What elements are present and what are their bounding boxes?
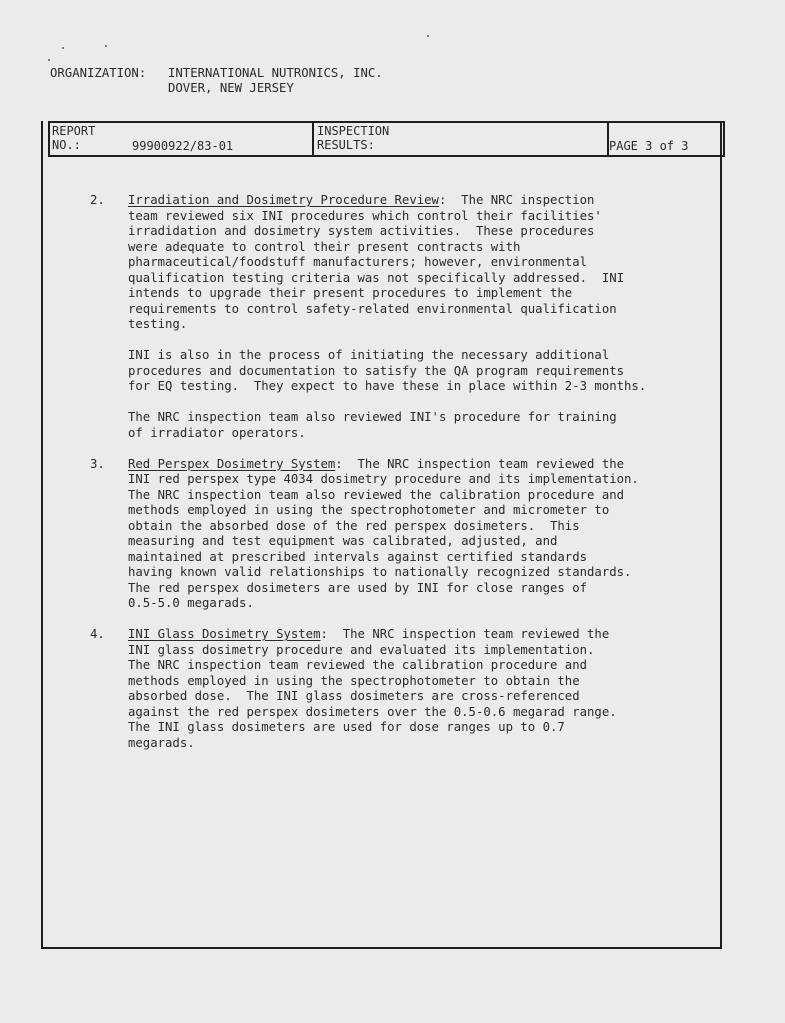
item-paragraph: INI Glass Dosimetry System: The NRC insp… [128,627,710,751]
inspection-label: INSPECTION [317,124,389,138]
item-title: Irradiation and Dosimetry Procedure Revi… [128,193,439,207]
report-number-cell: REPORT NO.: 99900922/83-01 [52,123,310,155]
inspection-results-body: 2. Irradiation and Dosimetry Procedure R… [90,193,710,767]
item-paragraph: INI is also in the process of initiating… [128,348,710,395]
item-title: INI Glass Dosimetry System [128,627,321,641]
page-cell: PAGE 3 of 3 [607,123,722,155]
finding-item: 2. Irradiation and Dosimetry Procedure R… [90,193,710,441]
report-label: REPORT [52,124,95,138]
report-number: 99900922/83-01 [132,139,233,153]
item-paragraph: Irradiation and Dosimetry Procedure Revi… [128,193,710,333]
inspection-results-cell: INSPECTION RESULTS: [312,123,607,155]
organization-name: INTERNATIONAL NUTRONICS, INC. [168,66,383,80]
scan-speck [48,59,50,61]
item-number: 4. [90,627,105,643]
item-number: 2. [90,193,105,209]
organization-label: ORGANIZATION: [50,66,168,81]
report-no-label: NO.: [52,138,81,152]
scan-speck [105,45,107,47]
organization-block: ORGANIZATION:INTERNATIONAL NUTRONICS, IN… [50,66,383,96]
item-paragraph: Red Perspex Dosimetry System: The NRC in… [128,457,710,612]
item-number: 3. [90,457,105,473]
scan-speck [62,47,64,49]
finding-item: 3. Red Perspex Dosimetry System: The NRC… [90,457,710,612]
organization-location: DOVER, NEW JERSEY [168,81,294,95]
finding-item: 4. INI Glass Dosimetry System: The NRC i… [90,627,710,751]
results-label: RESULTS: [317,138,375,152]
page-number: PAGE 3 of 3 [609,139,688,153]
item-title: Red Perspex Dosimetry System [128,457,335,471]
report-header: REPORT NO.: 99900922/83-01 INSPECTION RE… [48,121,725,157]
item-paragraph: The NRC inspection team also reviewed IN… [128,410,710,441]
scan-speck [427,35,429,37]
